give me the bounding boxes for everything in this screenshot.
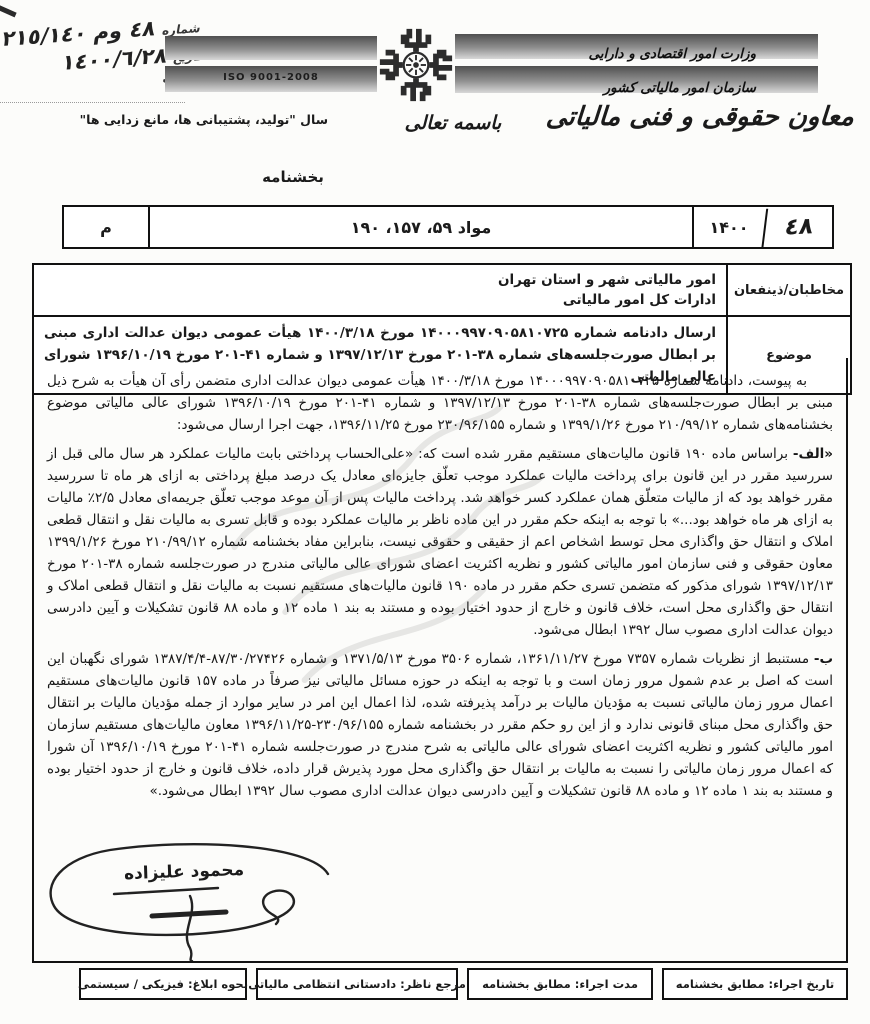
date-value: ١٤٠٠/٦/٢٨ (60, 43, 168, 75)
dotted-rule (0, 102, 185, 103)
paragraph-be-label: ب- (814, 651, 833, 667)
paragraph-alef-label: «الف- (793, 446, 833, 462)
organization-title: سازمان امور مالیاتی کشور (604, 80, 756, 96)
tax-organization-logo-icon (378, 27, 454, 103)
iso-bar: ISO 9001-2008 (165, 66, 377, 92)
recipients-line-2: ادارات کل امور مالیاتی (44, 290, 716, 310)
paragraph-alef-text: براساس ماده ۱۹۰ قانون مالیات‌های مستقیم … (47, 446, 833, 638)
execution-duration-cell: مدت اجراء: مطابق بخشنامه (467, 968, 653, 1000)
notification-method-cell: نحوه ابلاغ: فیزیکی / سیستمی (79, 968, 247, 1000)
document-type-title: بخشنامه (248, 168, 338, 186)
signature-scribble-icon (40, 836, 350, 961)
signatory-name: محمود علیزاده (124, 860, 245, 884)
recipients-row: مخاطبان/ذینفعان امور مالیاتی شهر و استان… (34, 265, 850, 315)
body-box: به پیوست، دادنامه شماره ۱۴۰۰۰۹۹۷۰۹۰۵۸۱۰۷… (32, 358, 848, 963)
recipients-label: مخاطبان/ذینفعان (726, 265, 850, 315)
scan-corner-artifact (0, 0, 23, 17)
supervising-authority-cell: مرجع ناظر: دادستانی انتظامی مالیاتی (256, 968, 458, 1000)
execution-date-cell: تاریخ اجراء: مطابق بخشنامه (662, 968, 848, 1000)
classification-table: ٤٨ ۱۴۰۰ مواد ۵۹، ۱۵۷، ۱۹۰ م (62, 205, 834, 249)
code-cell: م (64, 207, 148, 247)
ministry-title: وزارت امور اقتصادی و دارایی (588, 46, 756, 62)
iso-label: ISO 9001-2008 (165, 72, 377, 83)
serial-number-cell: ٤٨ (761, 205, 834, 249)
paragraph-be: ب- مستنبط از نظریات شماره ۷۳۵۷ مورخ ۱۳۶۱… (47, 648, 833, 802)
paragraph-alef: «الف- براساس ماده ۱۹۰ قانون مالیات‌های م… (47, 443, 833, 641)
paragraph-be-text: مستنبط از نظریات شماره ۷۳۵۷ مورخ ۱۳۶۱/۱۱… (47, 651, 833, 799)
signature-block: محمود علیزاده (40, 836, 350, 961)
bismillah-text: باسمه تعالی (398, 112, 508, 134)
year-slogan: سال "تولید، پشتیبانی ها، مانع زدایی ها" (88, 112, 328, 127)
footer-row: تاریخ اجراء: مطابق بخشنامه مدت اجراء: مط… (32, 968, 848, 1000)
deputy-title: معاون حقوقی و فنی مالیاتی (593, 102, 855, 132)
letterhead-bar-left-top (165, 36, 377, 60)
organization-bar: سازمان امور مالیاتی کشور (455, 66, 818, 93)
articles-cell: مواد ۵۹، ۱۵۷، ۱۹۰ (148, 207, 692, 247)
recipients-line-1: امور مالیاتی شهر و استان تهران (44, 270, 716, 290)
year-cell: ۱۴۰۰ (692, 207, 764, 247)
paragraph-intro: به پیوست، دادنامه شماره ۱۴۰۰۰۹۹۷۰۹۰۵۸۱۰۷… (47, 370, 833, 436)
recipients-cell: امور مالیاتی شهر و استان تهران ادارات کل… (34, 265, 726, 315)
circular-document-page: شماره ٤٨ وم ٢١٥/١٤٠ تاریخ ١٤٠٠/٦/٢٨ پیوس… (0, 0, 870, 1024)
ministry-bar: وزارت امور اقتصادی و دارایی (455, 34, 818, 59)
